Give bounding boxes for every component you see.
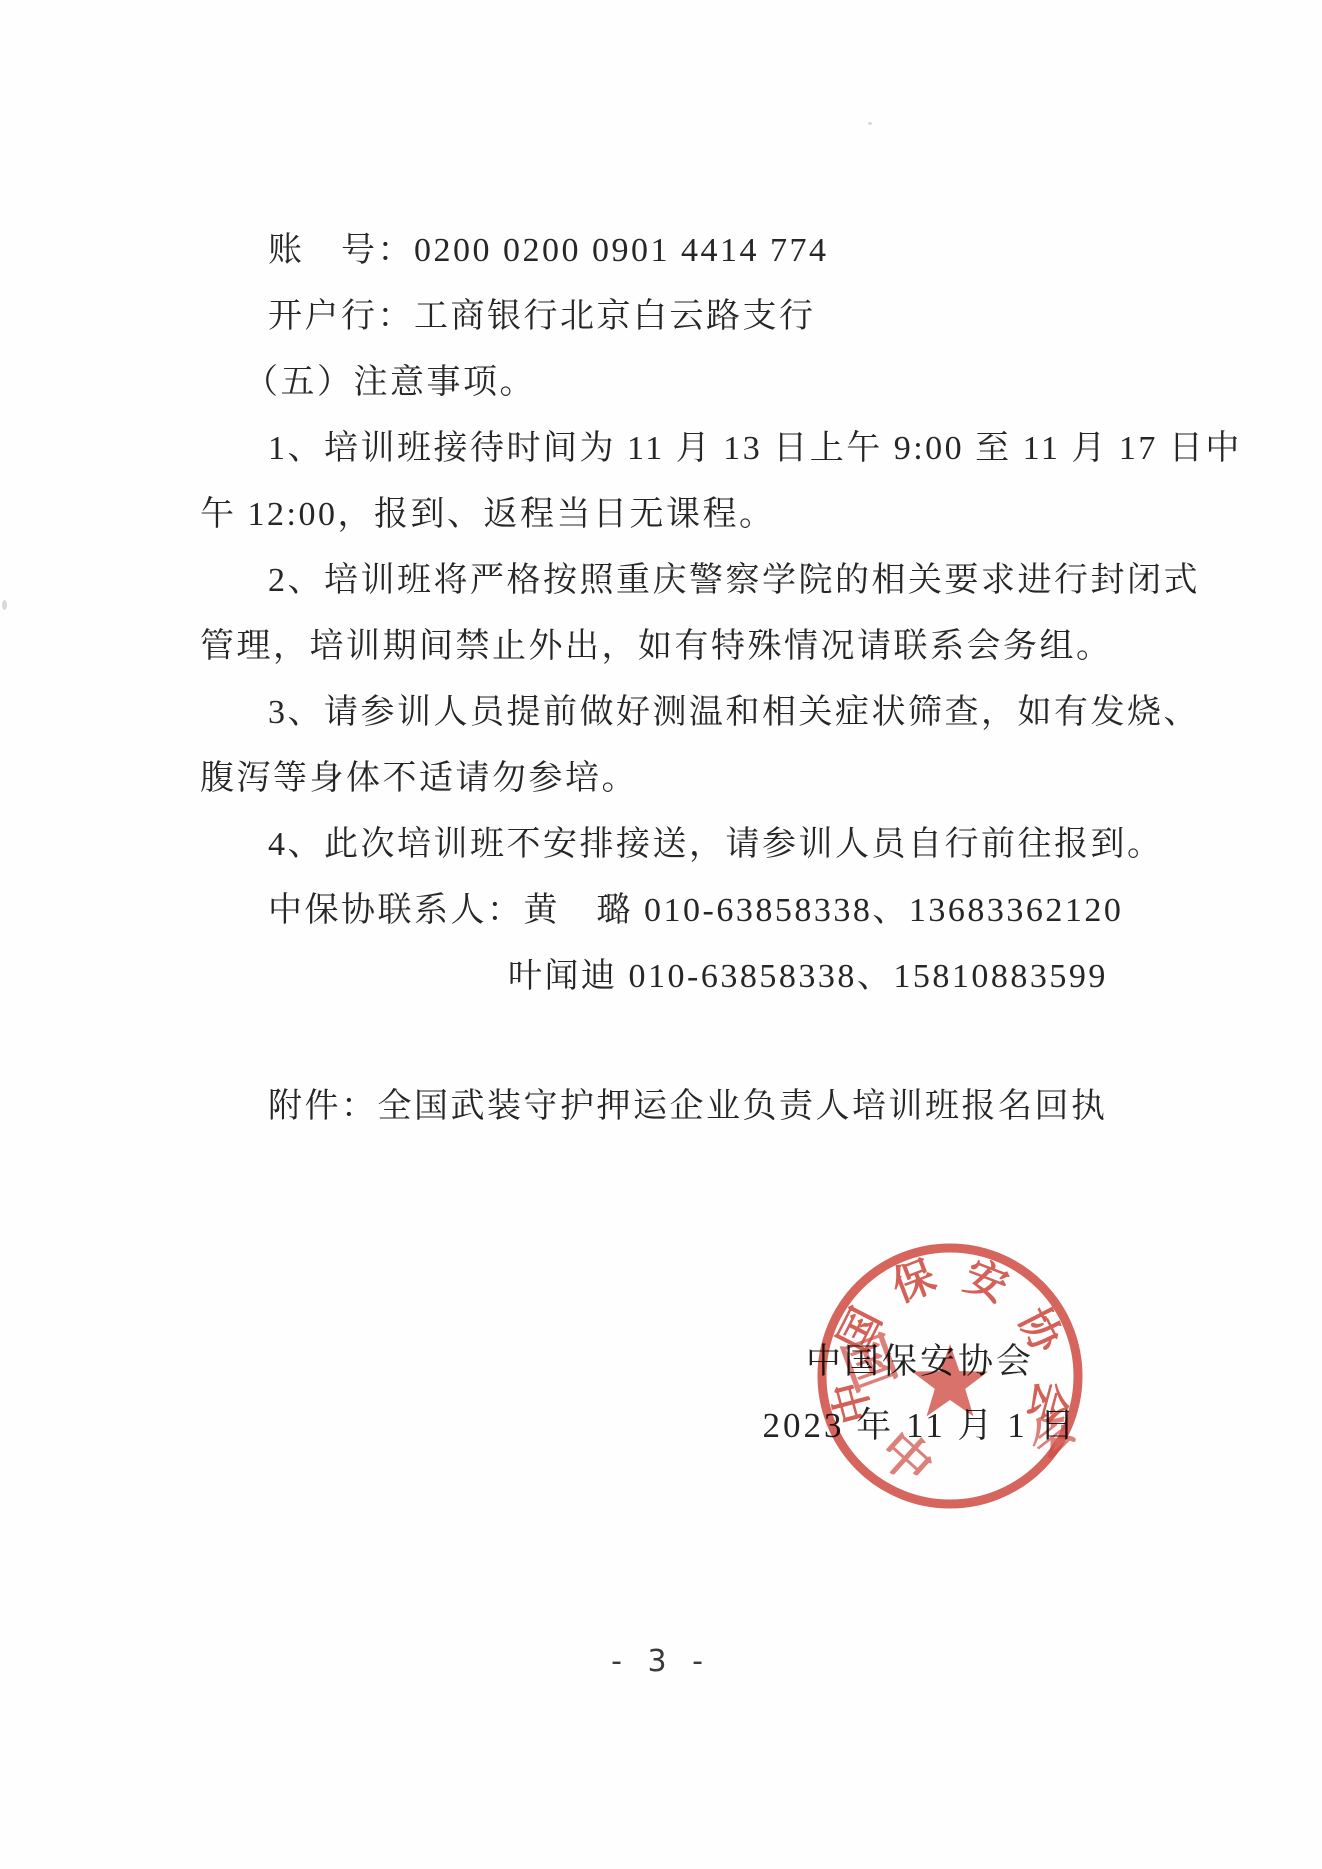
- scan-speckle: [868, 122, 872, 125]
- item-3-line-1: 3、请参训人员提前做好测温和相关症状筛查，如有发烧、: [200, 680, 1180, 746]
- document-page: 账 号：0200 0200 0901 4414 774 开户行：工商银行北京白云…: [0, 0, 1322, 1869]
- account-number-line: 账 号：0200 0200 0901 4414 774: [200, 218, 1180, 284]
- contact-line-1: 中保协联系人：黄 璐 010-63858338、13683362120: [200, 878, 1180, 944]
- document-body: 账 号：0200 0200 0901 4414 774 开户行：工商银行北京白云…: [200, 218, 1180, 1140]
- item-2-line-2: 管理，培训期间禁止外出，如有特殊情况请联系会务组。: [200, 614, 1180, 680]
- item-3-line-2: 腹泻等身体不适请勿参培。: [200, 746, 1180, 812]
- contact-line-2: 叶闻迪 010-63858338、15810883599: [508, 944, 1180, 1010]
- scan-speckle: [2, 600, 7, 610]
- section-5-heading: （五）注意事项。: [200, 350, 1180, 416]
- item-1-line-2: 午 12:00，报到、返程当日无课程。: [200, 482, 1180, 548]
- item-4-line: 4、此次培训班不安排接送，请参训人员自行前往报到。: [200, 812, 1180, 878]
- item-1-line-1: 1、培训班接待时间为 11 月 13 日上午 9:00 至 11 月 17 日中: [200, 416, 1180, 482]
- star-icon: [912, 1344, 988, 1416]
- attachment-line: 附件：全国武装守护押运企业负责人培训班报名回执: [200, 1074, 1180, 1140]
- bank-branch-line: 开户行：工商银行北京白云路支行: [200, 284, 1180, 350]
- page-number: - 3 -: [0, 1644, 1322, 1679]
- item-2-line-1: 2、培训班将严格按照重庆警察学院的相关要求进行封闭式: [200, 548, 1180, 614]
- official-seal: 中 国 保 安 协 会 国 中 会: [806, 1232, 1096, 1522]
